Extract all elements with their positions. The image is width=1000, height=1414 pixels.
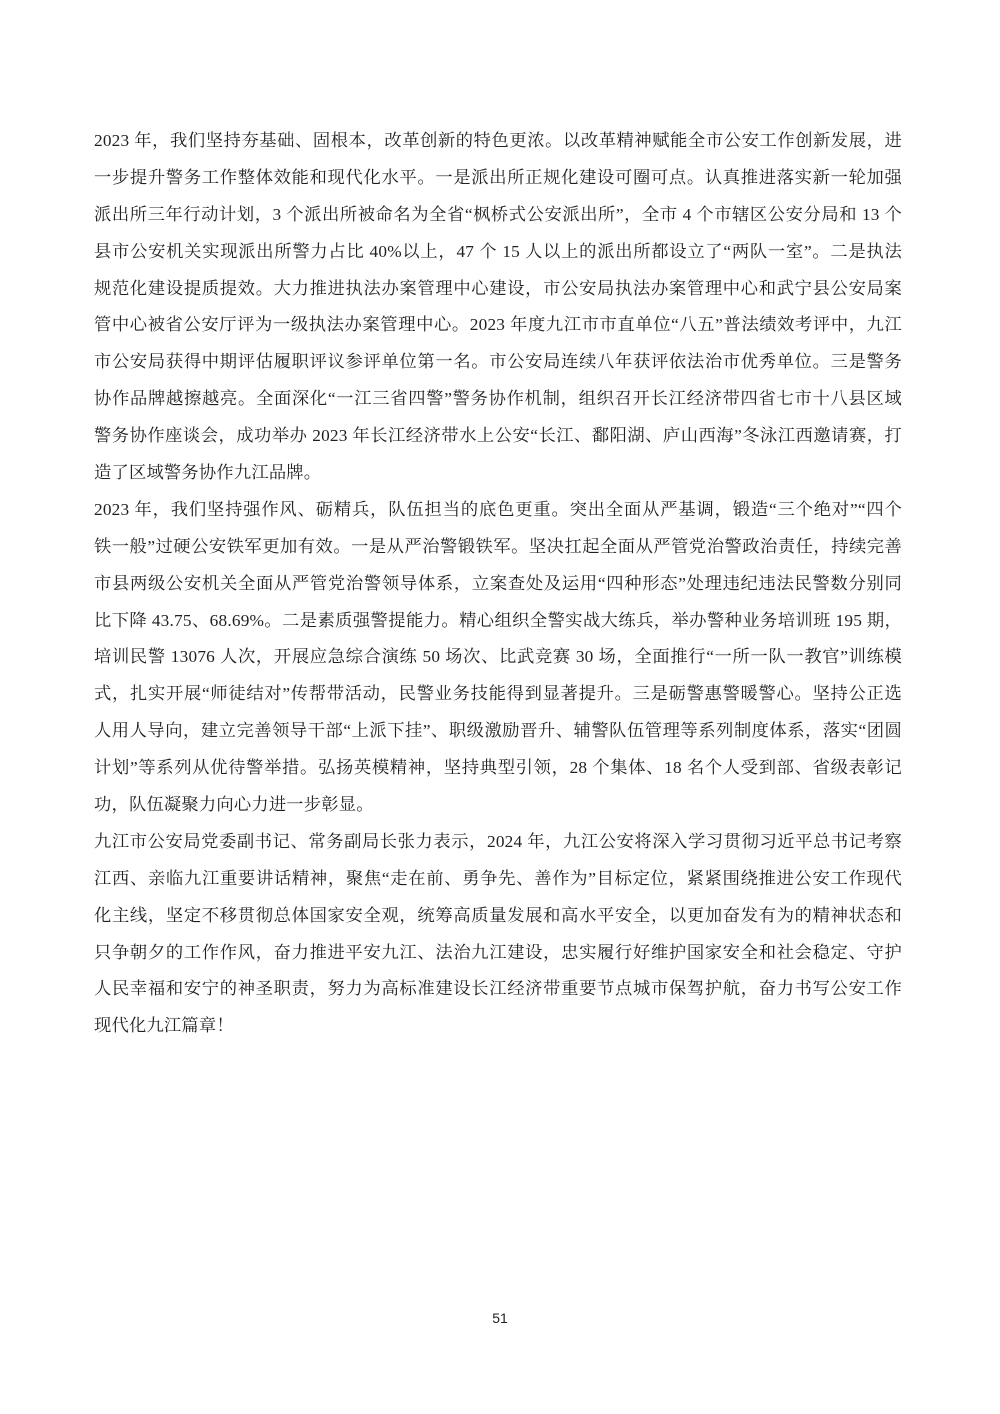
text-line: 造了区域警务协作九江品牌。	[94, 455, 902, 492]
text-line: 人民幸福和安宁的神圣职责，努力为高标准建设长江经济带重要节点城市保驾护航，奋力书…	[94, 971, 902, 1008]
text-line: 派出所三年行动计划，3 个派出所被命名为全省“枫桥式公安派出所”，全市 4 个市…	[94, 197, 902, 234]
text-line: 警务协作座谈会，成功举办 2023 年长江经济带水上公安“长江、鄱阳湖、庐山西海…	[94, 418, 902, 455]
text-line: 2023 年，我们坚持强作风、砺精兵，队伍担当的底色更重。突出全面从严基调，锻造…	[94, 492, 902, 529]
text-line: 功，队伍凝聚力向心力进一步彰显。	[94, 787, 902, 824]
document-page: { "doc": { "paragraphs": [ { "lines": [ …	[0, 0, 1000, 1414]
text-line: 现代化九江篇章！	[94, 1008, 902, 1045]
text-line: 铁一般”过硬公安铁军更加有效。一是从严治警锻铁军。坚决扛起全面从严管党治警政治责…	[94, 529, 902, 566]
text-line: 协作品牌越擦越亮。全面深化“一江三省四警”警务协作机制，组织召开长江经济带四省七…	[94, 381, 902, 418]
paragraph-discipline-team: 2023 年，我们坚持强作风、砺精兵，队伍担当的底色更重。突出全面从严基调，锻造…	[94, 492, 902, 824]
document-text-block: 2023 年，我们坚持夯基础、固根本，改革创新的特色更浓。以改革精神赋能全市公安…	[94, 123, 902, 1045]
text-line: 市公安局获得中期评估履职评议参评单位第一名。市公安局连续八年获评依法治市优秀单位…	[94, 344, 902, 381]
paragraph-foundation-reform: 2023 年，我们坚持夯基础、固根本，改革创新的特色更浓。以改革精神赋能全市公安…	[94, 123, 902, 492]
paragraph-outlook-2024: 九江市公安局党委副书记、常务副局长张力表示，2024 年，九江公安将深入学习贯彻…	[94, 824, 902, 1045]
text-line: 规范化建设提质提效。大力推进执法办案管理中心建设，市公安局执法办案管理中心和武宁…	[94, 271, 902, 308]
text-line: 化主线，坚定不移贯彻总体国家安全观，统筹高质量发展和高水平安全，以更加奋发有为的…	[94, 898, 902, 935]
text-line: 人用人导向，建立完善领导干部“上派下挂”、职级激励晋升、辅警队伍管理等系列制度体…	[94, 713, 902, 750]
text-line: 式，扎实开展“师徒结对”传帮带活动，民警业务技能得到显著提升。三是砺警惠警暖警心…	[94, 676, 902, 713]
text-line: 计划”等系列从优待警举措。弘扬英模精神，坚持典型引领，28 个集体、18 名个人…	[94, 750, 902, 787]
text-line: 县市公安机关实现派出所警力占比 40%以上，47 个 15 人以上的派出所都设立…	[94, 234, 902, 271]
text-line: 培训民警 13076 人次，开展应急综合演练 50 场次、比武竞赛 30 场，全…	[94, 639, 902, 676]
text-line: 只争朝夕的工作作风，奋力推进平安九江、法治九江建设，忠实履行好维护国家安全和社会…	[94, 935, 902, 972]
page-number: 51	[0, 1310, 1000, 1326]
text-line: 管中心被省公安厅评为一级执法办案管理中心。2023 年度九江市市直单位“八五”普…	[94, 307, 902, 344]
text-line: 江西、亲临九江重要讲话精神，聚焦“走在前、勇争先、善作为”目标定位，紧紧围绕推进…	[94, 861, 902, 898]
text-line: 2023 年，我们坚持夯基础、固根本，改革创新的特色更浓。以改革精神赋能全市公安…	[94, 123, 902, 160]
text-line: 市县两级公安机关全面从严管党治警领导体系，立案查处及运用“四种形态”处理违纪违法…	[94, 566, 902, 603]
text-line: 一步提升警务工作整体效能和现代化水平。一是派出所正规化建设可圈可点。认真推进落实…	[94, 160, 902, 197]
text-line: 九江市公安局党委副书记、常务副局长张力表示，2024 年，九江公安将深入学习贯彻…	[94, 824, 902, 861]
text-line: 比下降 43.75、68.69%。二是素质强警提能力。精心组织全警实战大练兵，举…	[94, 603, 902, 640]
